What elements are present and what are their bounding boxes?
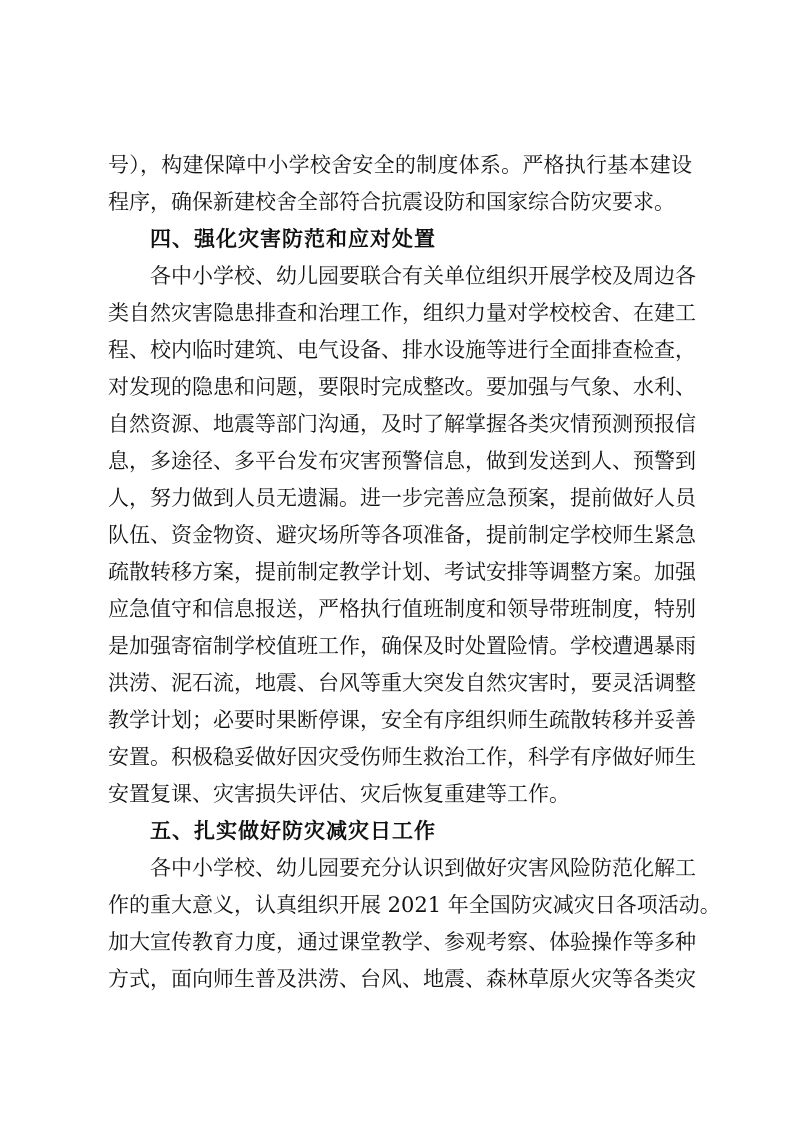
- text-line: 安置复课、灾害损失评估、灾后恢复重建等工作。: [108, 779, 692, 809]
- text-line: 加大宣传教育力度，通过课堂教学、参观考察、体验操作等多种: [108, 927, 692, 957]
- text-line: 是加强寄宿制学校值班工作，确保及时处置险情。学校遭遇暴雨: [108, 631, 692, 661]
- text-line: 息，多途径、多平台发布灾害预警信息，做到发送到人、预警到: [108, 446, 692, 476]
- text-line: 号），构建保障中小学校舍安全的制度体系。严格执行基本建设: [108, 150, 692, 180]
- text-line: 各中小学校、幼儿园要充分认识到做好灾害风险防范化解工: [150, 853, 692, 883]
- text-line: 各中小学校、幼儿园要联合有关单位组织开展学校及周边各: [150, 261, 692, 291]
- text-line: 方式，面向师生普及洪涝、台风、地震、森林草原火灾等各类灾: [108, 964, 692, 994]
- section-heading-4: 四、强化灾害防范和应对处置: [150, 224, 436, 254]
- section-heading-5: 五、扎实做好防灾减灾日工作: [150, 816, 436, 846]
- text-line: 程、校内临时建筑、电气设备、排水设施等进行全面排查检查，: [108, 335, 692, 365]
- text-line: 疏散转移方案，提前制定教学计划、考试安排等调整方案。加强: [108, 557, 692, 587]
- document-page: 号），构建保障中小学校舍安全的制度体系。严格执行基本建设 程序，确保新建校舍全部…: [0, 0, 793, 1122]
- text-line: 类自然灾害隐患排查和治理工作，组织力量对学校校舍、在建工: [108, 298, 692, 328]
- text-line: 安置。积极稳妥做好因灾受伤师生救治工作，科学有序做好师生: [108, 742, 692, 772]
- text-line: 队伍、资金物资、避灾场所等各项准备，提前制定学校师生紧急: [108, 520, 692, 550]
- text-line: 作的重大意义，认真组织开展 2021 年全国防灾减灾日各项活动。: [108, 890, 692, 920]
- text-line: 自然资源、地震等部门沟通，及时了解掌握各类灾情预测预报信: [108, 409, 692, 439]
- text-line: 教学计划；必要时果断停课，安全有序组织师生疏散转移并妥善: [108, 705, 692, 735]
- text-line: 洪涝、泥石流，地震、台风等重大突发自然灾害时，要灵活调整: [108, 668, 692, 698]
- text-line: 应急值守和信息报送，严格执行值班制度和领导带班制度，特别: [108, 594, 692, 624]
- text-line: 对发现的隐患和问题，要限时完成整改。要加强与气象、水利、: [108, 372, 692, 402]
- text-line: 程序，确保新建校舍全部符合抗震设防和国家综合防灾要求。: [108, 187, 692, 217]
- text-line: 人，努力做到人员无遗漏。进一步完善应急预案，提前做好人员: [108, 483, 692, 513]
